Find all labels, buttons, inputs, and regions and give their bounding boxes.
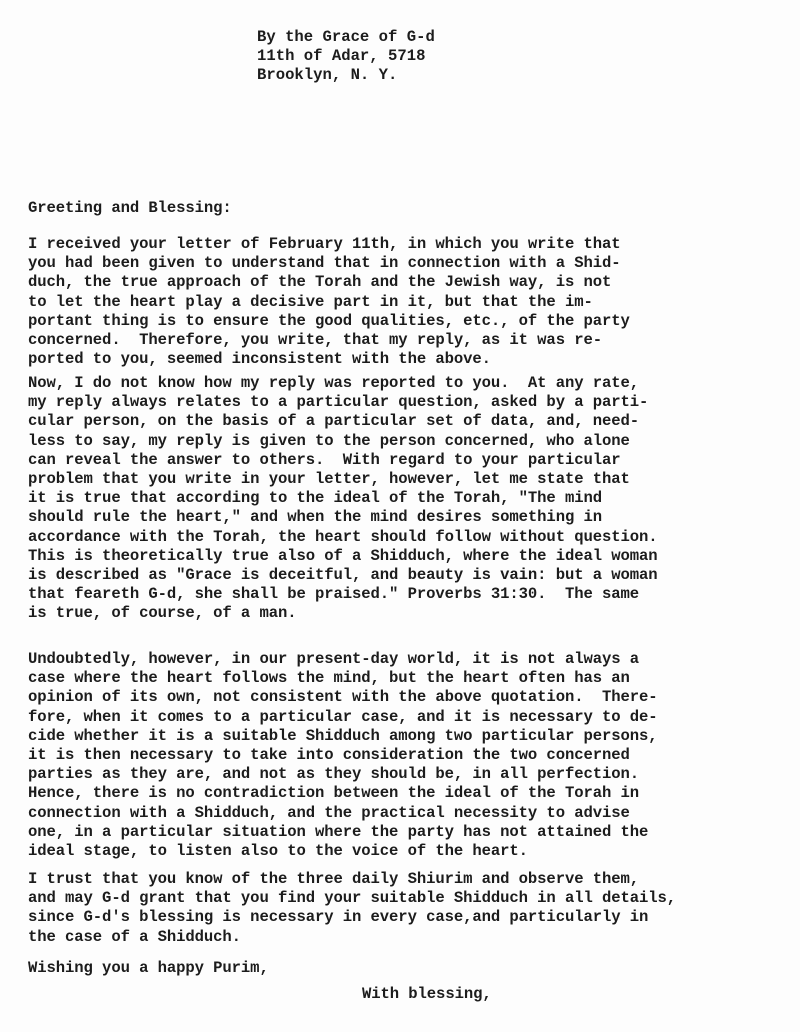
header-line-date: 11th of Adar, 5718 xyxy=(257,47,435,66)
paragraph-line: concerned. Therefore, you write, that my… xyxy=(28,331,602,350)
paragraph-line: cide whether it is a suitable Shidduch a… xyxy=(28,727,658,746)
paragraph-line: that feareth G-d, she shall be praised."… xyxy=(28,585,639,604)
paragraph-line: cular person, on the basis of a particul… xyxy=(28,412,639,431)
paragraph-line: ideal stage, to listen also to the voice… xyxy=(28,842,528,861)
paragraph-line: you had been given to understand that in… xyxy=(28,254,621,273)
paragraph-line: fore, when it comes to a particular case… xyxy=(28,708,658,727)
paragraph-line: is true, of course, of a man. xyxy=(28,604,296,623)
signoff-line: With blessing, xyxy=(362,985,492,1004)
letter-page: By the Grace of G-d 11th of Adar, 5718 B… xyxy=(0,0,800,1032)
paragraph-line: the case of a Shidduch. xyxy=(28,928,241,947)
paragraph-line: Now, I do not know how my reply was repo… xyxy=(28,374,639,393)
paragraph-line: it is then necessary to take into consid… xyxy=(28,746,630,765)
paragraph-line: it is true that according to the ideal o… xyxy=(28,489,602,508)
paragraph-line: Hence, there is no contradiction between… xyxy=(28,784,639,803)
paragraph-line: portant thing is to ensure the good qual… xyxy=(28,312,630,331)
paragraph-line: connection with a Shidduch, and the prac… xyxy=(28,804,630,823)
paragraph-line: one, in a particular situation where the… xyxy=(28,823,648,842)
paragraph-line: duch, the true approach of the Torah and… xyxy=(28,273,611,292)
paragraph-line: case where the heart follows the mind, b… xyxy=(28,669,630,688)
header-line-invocation: By the Grace of G-d xyxy=(257,28,435,47)
paragraph-line: Undoubtedly, however, in our present-day… xyxy=(28,650,639,669)
header-line-place: Brooklyn, N. Y. xyxy=(257,66,435,85)
closing-line: Wishing you a happy Purim, xyxy=(28,959,269,978)
paragraph-line: I received your letter of February 11th,… xyxy=(28,235,621,254)
paragraph-line: my reply always relates to a particular … xyxy=(28,393,648,412)
paragraph-line: to let the heart play a decisive part in… xyxy=(28,293,593,312)
salutation: Greeting and Blessing: xyxy=(28,199,232,218)
paragraph-line: accordance with the Torah, the heart sho… xyxy=(28,528,658,547)
paragraph-line: parties as they are, and not as they sho… xyxy=(28,765,639,784)
paragraph-line: can reveal the answer to others. With re… xyxy=(28,451,621,470)
paragraph-line: ported to you, seemed inconsistent with … xyxy=(28,350,491,369)
paragraph-line: is described as "Grace is deceitful, and… xyxy=(28,566,658,585)
paragraph-line: should rule the heart," and when the min… xyxy=(28,508,602,527)
paragraph-line: opinion of its own, not consistent with … xyxy=(28,688,658,707)
paragraph-line: since G-d's blessing is necessary in eve… xyxy=(28,908,648,927)
letter-header: By the Grace of G-d 11th of Adar, 5718 B… xyxy=(257,28,435,85)
paragraph-line: This is theoretically true also of a Shi… xyxy=(28,547,658,566)
paragraph-line: problem that you write in your letter, h… xyxy=(28,470,630,489)
paragraph-line: less to say, my reply is given to the pe… xyxy=(28,432,630,451)
paragraph-line: and may G-d grant that you find your sui… xyxy=(28,889,676,908)
paragraph-line: I trust that you know of the three daily… xyxy=(28,870,639,889)
